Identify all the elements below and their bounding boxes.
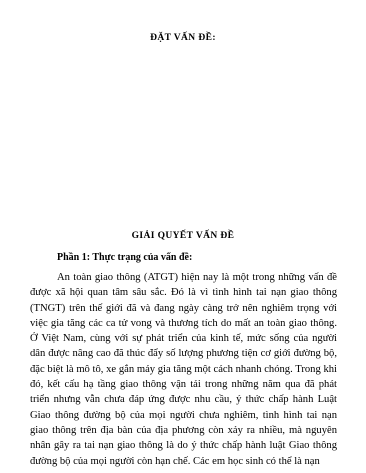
document-title-dat-van-de: ĐẶT VẤN ĐỀ: bbox=[0, 33, 366, 43]
section-heading-phan-1: Phần 1: Thực trạng của vấn đề: bbox=[57, 252, 192, 263]
document-page: ĐẶT VẤN ĐỀ: GIẢI QUYẾT VẤN ĐỀ Phần 1: Th… bbox=[0, 0, 366, 473]
body-paragraph: An toàn giao thông (ATGT) hiện nay là mộ… bbox=[30, 270, 337, 469]
document-title-giai-quyet-van-de: GIẢI QUYẾT VẤN ĐỀ bbox=[0, 231, 366, 241]
